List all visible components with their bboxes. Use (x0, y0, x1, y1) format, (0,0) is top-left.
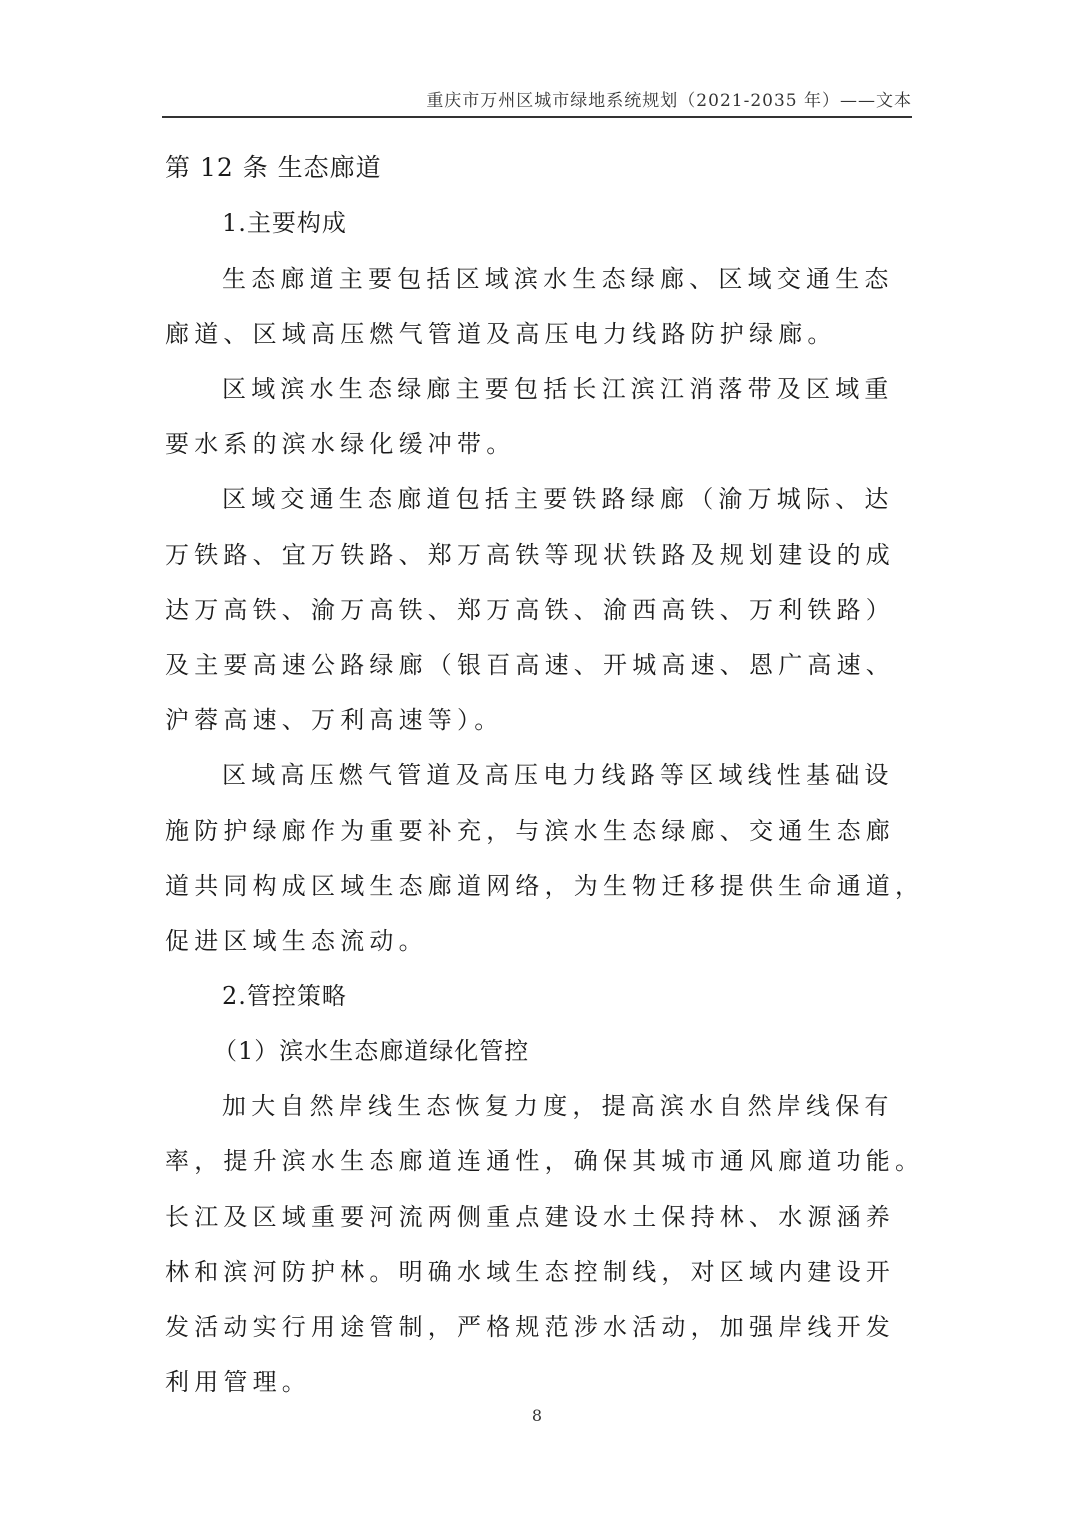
paragraph-line: 要水系的滨水绿化缓冲带。 (165, 424, 915, 459)
page-number: 8 (0, 1406, 1074, 1425)
paragraph-line: 长江及区域重要河流两侧重点建设水土保持林、水源涵养 (165, 1197, 915, 1232)
paragraph-line: 及主要高速公路绿廊（银百高速、开城高速、恩广高速、 (165, 645, 915, 680)
paragraph-line: 发活动实行用途管制，严格规范涉水活动，加强岸线开发 (165, 1307, 915, 1342)
running-header: 重庆市万州区城市绿地系统规划（2021-2035 年）——文本 (162, 86, 912, 111)
paragraph-line: 达万高铁、渝万高铁、郑万高铁、渝西高铁、万利铁路） (165, 590, 915, 625)
paragraph-line: 沪蓉高速、万利高速等）。 (165, 700, 915, 735)
article-title: 第 12 条 生态廊道 (165, 148, 915, 184)
paragraph-line: 道共同构成区域生态廊道网络，为生物迁移提供生命通道， (165, 866, 915, 901)
paragraph-line: 利用管理。 (165, 1362, 915, 1397)
section-heading: 2.管控策略 (222, 976, 972, 1011)
paragraph-line: 促进区域生态流动。 (165, 921, 915, 956)
header-divider (162, 116, 912, 118)
paragraph-line: 区域交通生态廊道包括主要铁路绿廊（渝万城际、达 (222, 479, 972, 514)
paragraph-line: 率，提升滨水生态廊道连通性，确保其城市通风廊道功能。 (165, 1141, 915, 1176)
section-heading: 1.主要构成 (222, 203, 972, 238)
paragraph-line: 万铁路、宜万铁路、郑万高铁等现状铁路及规划建设的成 (165, 535, 915, 570)
paragraph-line: 区域滨水生态绿廊主要包括长江滨江消落带及区域重 (222, 369, 972, 404)
paragraph-line: 区域高压燃气管道及高压电力线路等区域线性基础设 (222, 755, 972, 790)
paragraph-line: 生态廊道主要包括区域滨水生态绿廊、区域交通生态 (222, 259, 972, 294)
subsection-heading: （1）滨水生态廊道绿化管控 (213, 1031, 963, 1066)
paragraph-line: 林和滨河防护林。明确水域生态控制线，对区域内建设开 (165, 1252, 915, 1287)
paragraph-line: 施防护绿廊作为重要补充，与滨水生态绿廊、交通生态廊 (165, 811, 915, 846)
paragraph-line: 廊道、区域高压燃气管道及高压电力线路防护绿廊。 (165, 314, 915, 349)
paragraph-line: 加大自然岸线生态恢复力度，提高滨水自然岸线保有 (222, 1086, 972, 1121)
